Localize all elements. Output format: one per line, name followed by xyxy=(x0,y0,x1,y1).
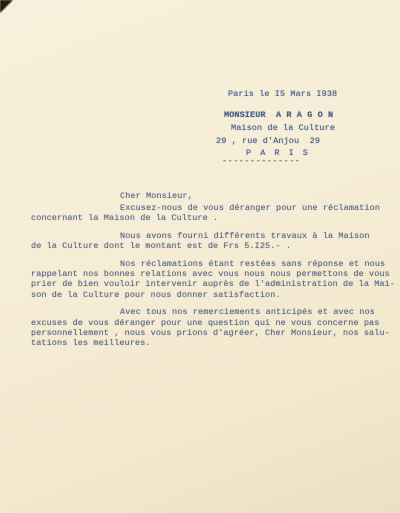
body-line: prier de bien vouloir intervenir auprès … xyxy=(31,279,397,289)
recipient-name: MONSIEUR A R A G O N xyxy=(224,110,333,120)
body-line: excuses de vous déranger pour une questi… xyxy=(31,318,397,328)
body-line: son de la Culture pour nous donner satis… xyxy=(31,290,397,300)
body-line: tations les meilleures. xyxy=(31,338,397,348)
recipient-underline: -------------- xyxy=(222,156,300,166)
body-paragraph: Nos réclamations étant restées sans répo… xyxy=(31,259,397,301)
body-line: personnellement , nous vous prions d'agr… xyxy=(31,328,397,338)
body-line: Excusez-nous de vous déranger pour une r… xyxy=(120,203,397,213)
body-line: rappelant nos bonnes relations avec vous… xyxy=(31,269,397,279)
salutation: Cher Monsieur, xyxy=(120,191,193,201)
letter-scan: Paris le I5 Mars I938 MONSIEUR A R A G O… xyxy=(0,0,400,513)
date-line: Paris le I5 Mars I938 xyxy=(228,89,337,99)
body-line: Nos réclamations étant restées sans répo… xyxy=(120,259,397,269)
body-line: de la Culture dont le montant est de Frs… xyxy=(31,241,397,251)
body-line: Nous avons fourni différents travaux à l… xyxy=(120,231,397,241)
body-line: Avec tous nos remerciements anticipés et… xyxy=(120,307,397,317)
body-paragraph: Excusez-nous de vous déranger pour une r… xyxy=(31,203,397,224)
recipient-street: 29 , rue d'Anjou 29 xyxy=(216,136,320,146)
recipient-organization: Maison de la Culture xyxy=(231,123,335,133)
body-paragraph: Avec tous nos remerciements anticipés et… xyxy=(31,307,397,349)
letter-body: Excusez-nous de vous déranger pour une r… xyxy=(31,203,397,356)
scan-corner-shadow xyxy=(0,0,13,13)
body-line: concernant la Maison de la Culture . xyxy=(31,213,397,223)
body-paragraph: Nous avons fourni différents travaux à l… xyxy=(31,231,397,252)
